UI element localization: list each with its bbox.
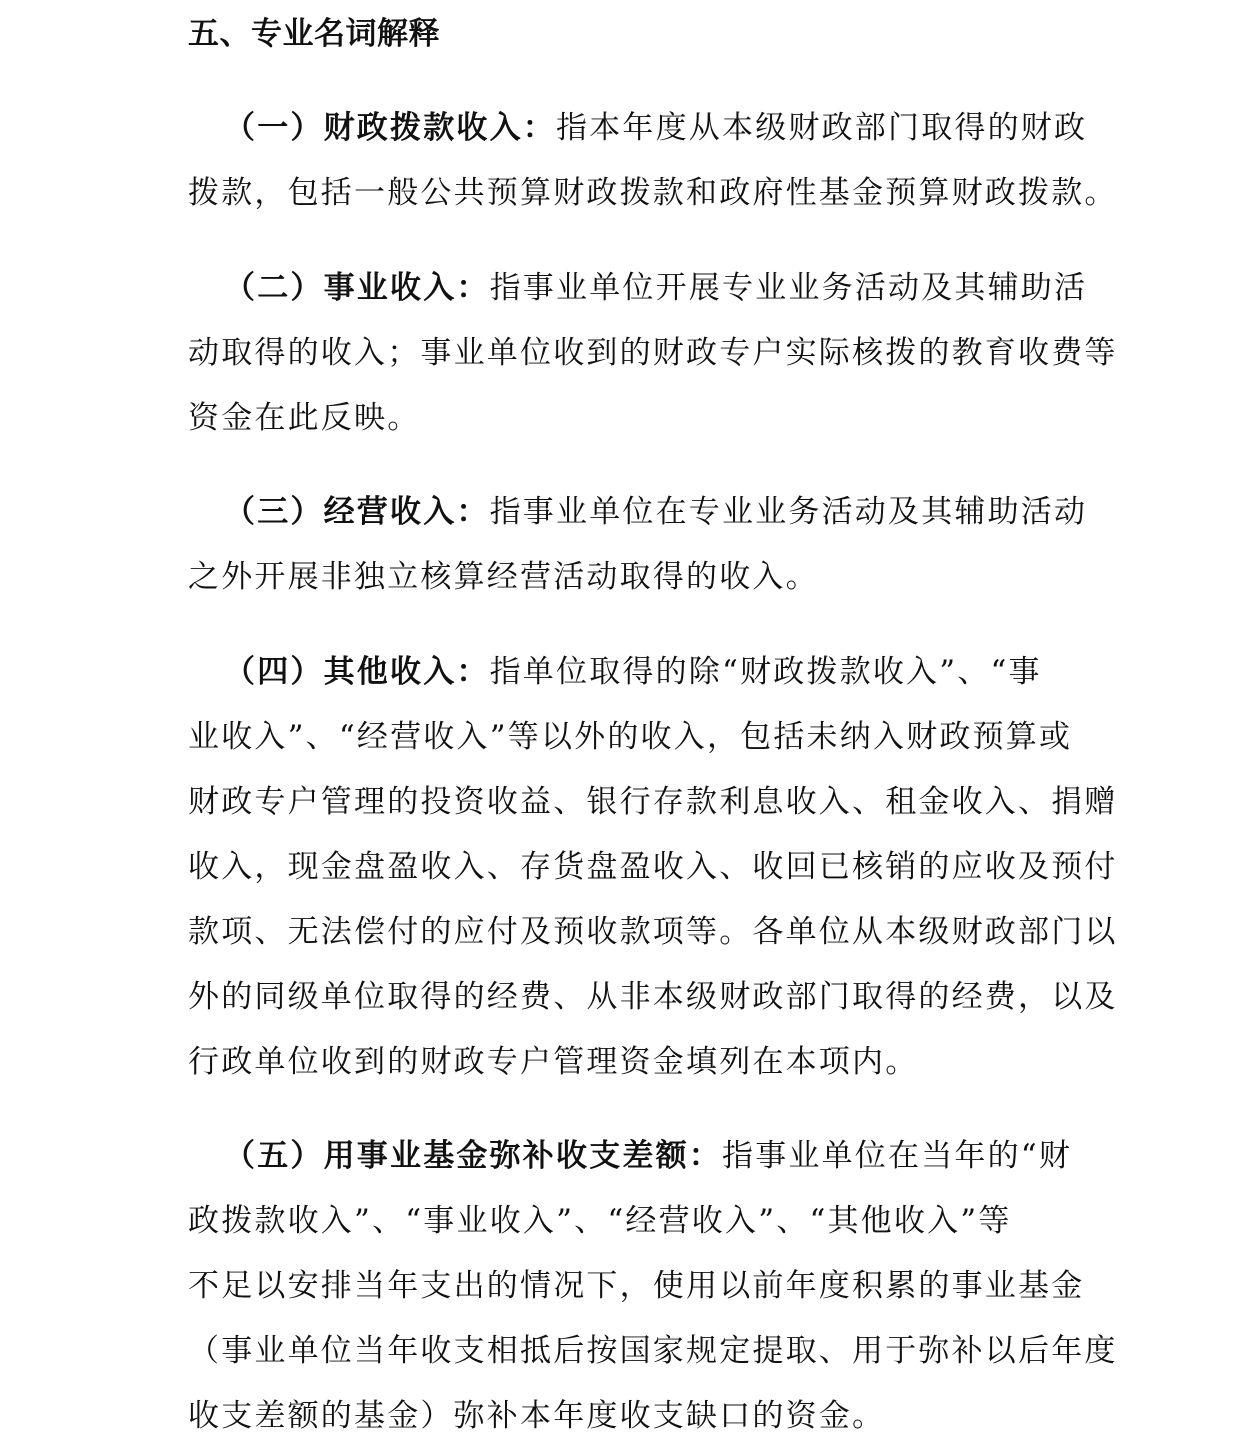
item-2-line-3: 资金在此反映。: [188, 398, 420, 438]
item-4-line-1: （四）其他收入：指单位取得的除“财政拨款收入”、“事: [224, 652, 1042, 692]
item-4-line-7: 行政单位收到的财政专户管理资金填列在本项内。: [188, 1042, 918, 1082]
item-3-text: 指事业单位在专业业务活动及其辅助活动: [490, 494, 1088, 530]
item-5-line-1: （五）用事业基金弥补收支差额：指事业单位在当年的“财: [224, 1136, 1072, 1176]
item-5-term: （五）用事业基金弥补收支差额：: [224, 1138, 722, 1174]
item-5-line-5: 收支差额的基金）弥补本年度收支缺口的资金。: [188, 1396, 885, 1436]
item-5-line-2: 政拨款收入”、“事业收入”、“经营收入”、“其他收入”等: [188, 1201, 1012, 1241]
item-4-line-3: 财政专户管理的投资收益、银行存款利息收入、租金收入、捐赠: [188, 782, 1118, 822]
item-1-term: （一）财政拨款收入：: [224, 110, 556, 146]
item-1-text: 指本年度从本级财政部门取得的财政: [556, 110, 1087, 146]
item-2-line-1: （二）事业收入：指事业单位开展专业业务活动及其辅助活: [224, 268, 1087, 308]
item-2-line-2: 动取得的收入；事业单位收到的财政专户实际核拨的教育收费等: [188, 333, 1118, 373]
section-title: 五、专业名词解释: [188, 14, 440, 54]
item-4-line-2: 业收入”、“经营收入”等以外的收入，包括未纳入财政预算或: [188, 717, 1072, 757]
item-4-line-6: 外的同级单位取得的经费、从非本级财政部门取得的经费，以及: [188, 977, 1118, 1017]
item-3-line-2: 之外开展非独立核算经营活动取得的收入。: [188, 557, 819, 597]
item-2-term: （二）事业收入：: [224, 270, 490, 306]
item-1-line-2: 拨款，包括一般公共预算财政拨款和政府性基金预算财政拨款。: [188, 173, 1118, 213]
item-4-line-4: 收入，现金盘盈收入、存货盘盈收入、收回已核销的应收及预付: [188, 847, 1118, 887]
item-4-line-5: 款项、无法偿付的应付及预收款项等。各单位从本级财政部门以: [188, 912, 1118, 952]
item-5-text: 指事业单位在当年的“财: [722, 1138, 1072, 1174]
item-4-term: （四）其他收入：: [224, 654, 490, 690]
item-3-line-1: （三）经营收入：指事业单位在专业业务活动及其辅助活动: [224, 492, 1087, 532]
item-5-line-3: 不足以安排当年支出的情况下，使用以前年度积累的事业基金: [188, 1266, 1084, 1306]
item-1-line-1: （一）财政拨款收入：指本年度从本级财政部门取得的财政: [224, 108, 1087, 148]
item-3-term: （三）经营收入：: [224, 494, 490, 530]
item-4-text: 指单位取得的除“财政拨款收入”、“事: [490, 654, 1042, 690]
item-2-text: 指事业单位开展专业业务活动及其辅助活: [490, 270, 1088, 306]
item-5-line-4: （事业单位当年收支相抵后按国家规定提取、用于弥补以后年度: [188, 1331, 1118, 1371]
